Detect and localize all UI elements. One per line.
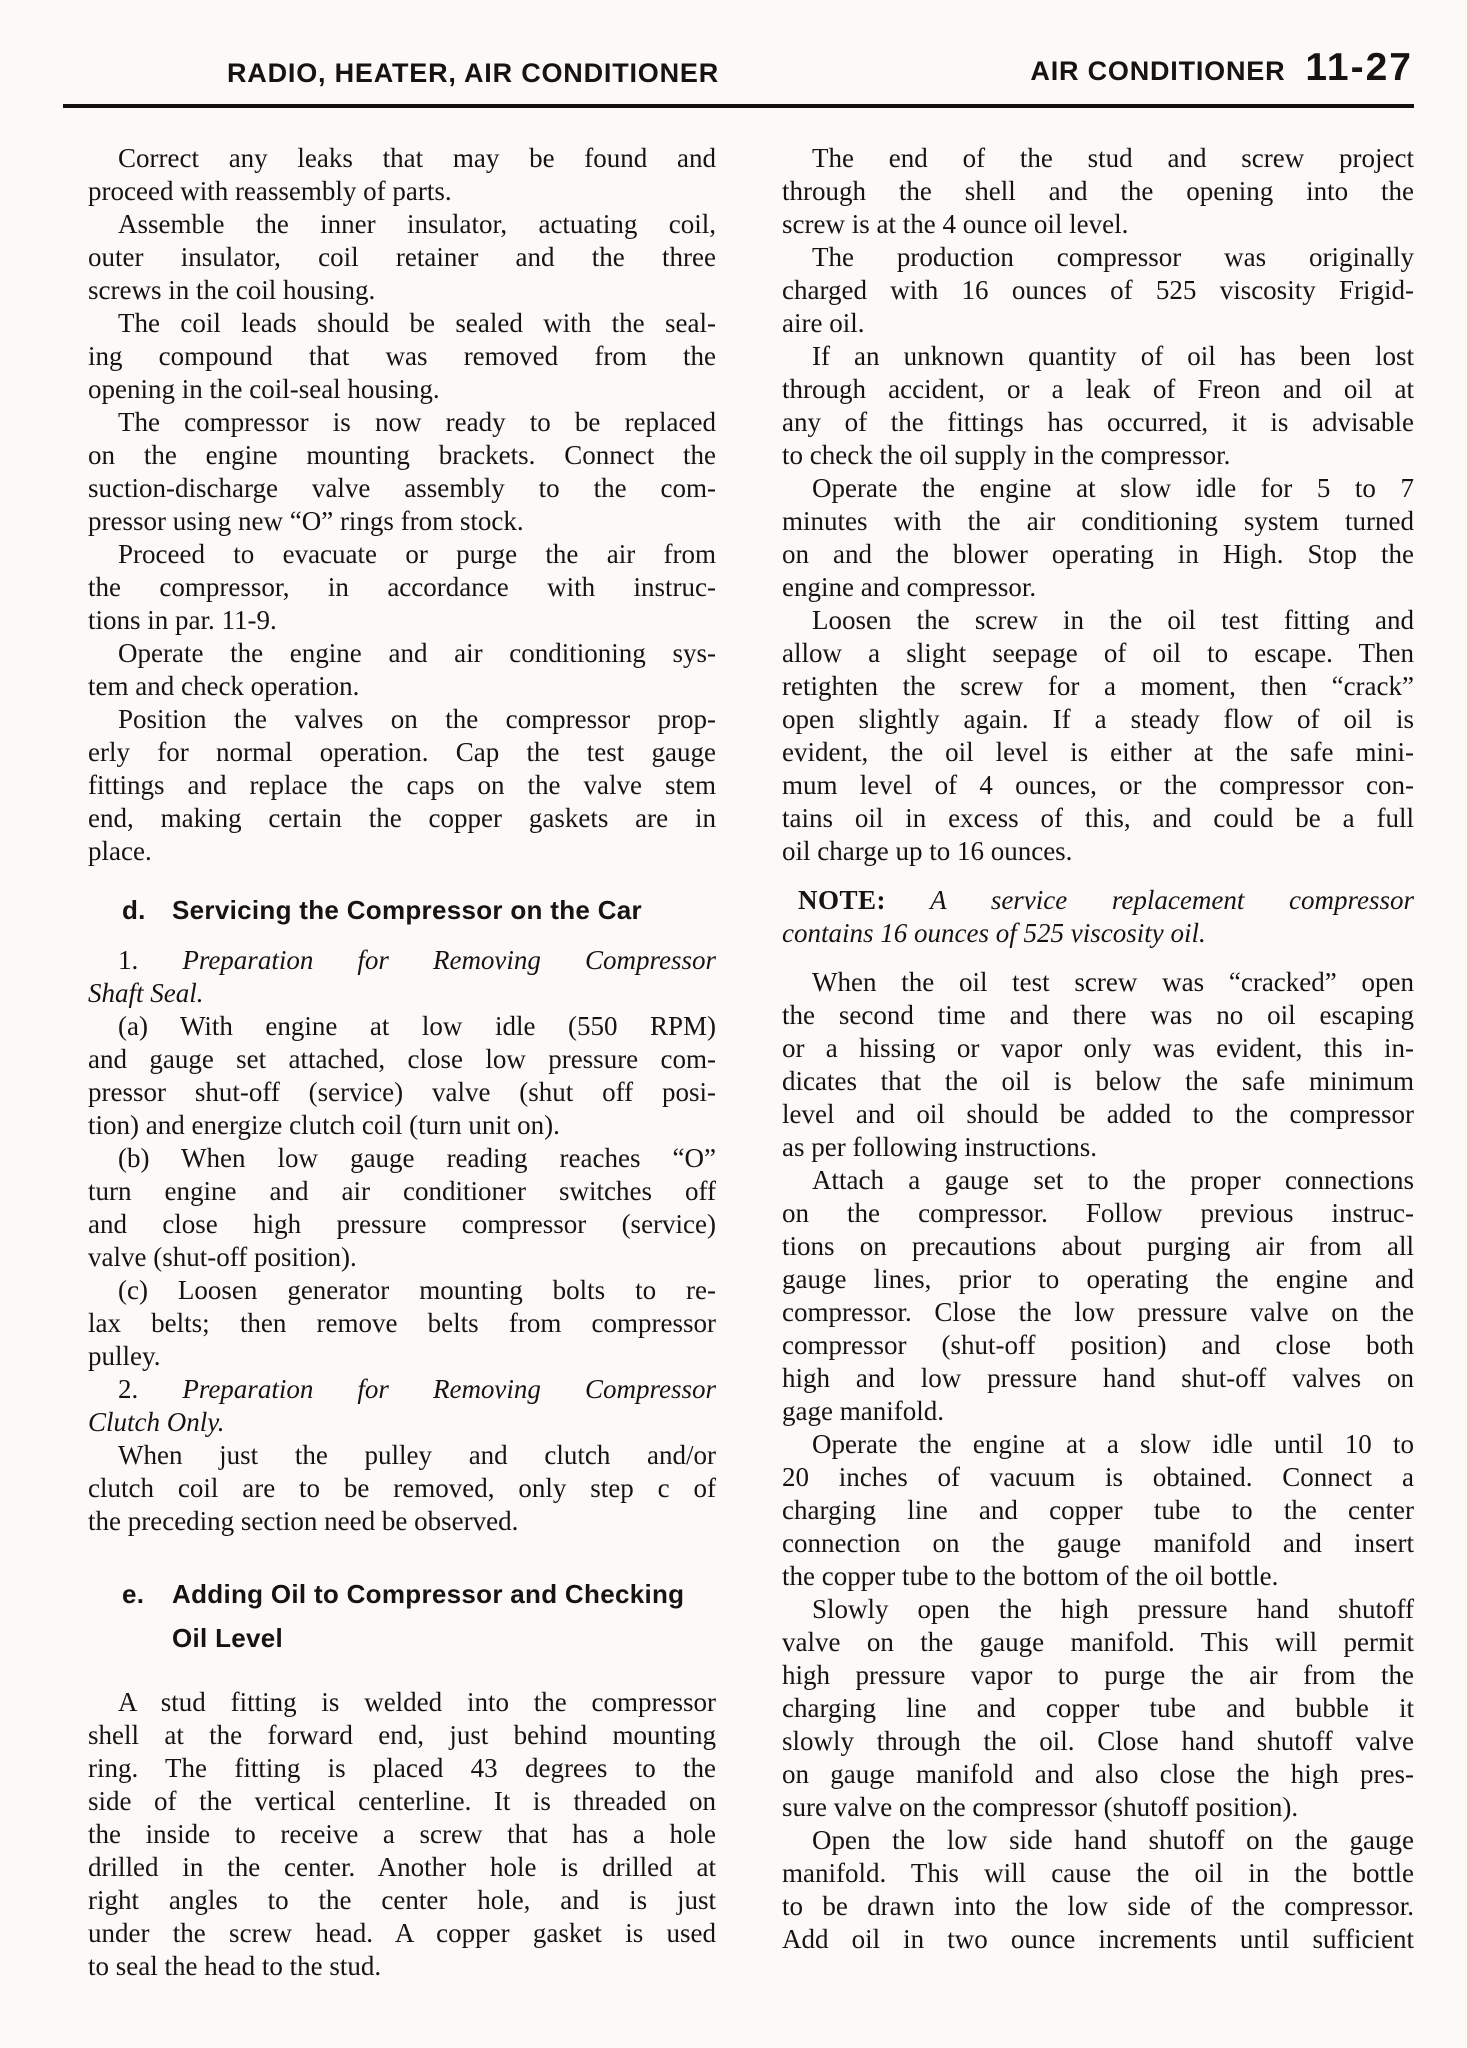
heading-line: Servicing the Compressor on the Car <box>172 888 716 932</box>
text-line: tion) and energize clutch coil (turn uni… <box>88 1109 716 1142</box>
paragraph: When just the pulley and clutch and/orcl… <box>88 1439 716 1538</box>
text-line: compressor (shut-off position) and close… <box>782 1329 1414 1362</box>
text-line: to be drawn into the low side of the com… <box>782 1890 1414 1923</box>
text-line: as per following instructions. <box>782 1131 1414 1164</box>
text-line: on the compressor. Follow previous instr… <box>782 1197 1414 1230</box>
header-right-title: AIR CONDITIONER <box>1030 56 1285 87</box>
text-line: or a hissing or vapor only was evident, … <box>782 1032 1414 1065</box>
text-line: pressor shut-off (service) valve (shut o… <box>88 1076 716 1109</box>
paragraph: Attach a gauge set to the proper connect… <box>782 1164 1414 1428</box>
text-line: level and oil should be added to the com… <box>782 1098 1414 1131</box>
text-line: compressor. Close the low pressure valve… <box>782 1296 1414 1329</box>
text-line: evident, the oil level is either at the … <box>782 736 1414 769</box>
paragraph: When the oil test screw was “cracked” op… <box>782 966 1414 1164</box>
paragraph: (c) Loosen generator mounting bolts to r… <box>88 1274 716 1373</box>
text-line: suction-discharge valve assembly to the … <box>88 472 716 505</box>
text-line: Open the low side hand shutoff on the ga… <box>782 1824 1414 1857</box>
text-line: proceed with reassembly of parts. <box>88 175 716 208</box>
text-line: 20 inches of vacuum is obtained. Connect… <box>782 1461 1414 1494</box>
text-line: 1. Preparation for Removing Compressor <box>88 944 716 977</box>
heading-marker: e. <box>122 1572 144 1616</box>
text-line: the compressor, in accordance with instr… <box>88 571 716 604</box>
subsection-heading: 2. Preparation for Removing CompressorCl… <box>88 1373 716 1439</box>
heading-line: Adding Oil to Compressor and Checking <box>172 1572 716 1616</box>
text-line: (a) With engine at low idle (550 RPM) <box>88 1010 716 1043</box>
text-line: The production compressor was originally <box>782 241 1414 274</box>
text-line: Assemble the inner insulator, actuating … <box>88 208 716 241</box>
text-line: Operate the engine at a slow idle until … <box>782 1428 1414 1461</box>
text-line: Slowly open the high pressure hand shuto… <box>782 1593 1414 1626</box>
text-line: outer insulator, coil retainer and the t… <box>88 241 716 274</box>
text-line: end, making certain the copper gaskets a… <box>88 802 716 835</box>
text-line: opening in the coil-seal housing. <box>88 373 716 406</box>
text-line: Correct any leaks that may be found and <box>88 142 716 175</box>
text-line: tions in par. 11-9. <box>88 604 716 637</box>
text-line: the inside to receive a screw that has a… <box>88 1818 716 1851</box>
text-line: screw is at the 4 ounce oil level. <box>782 208 1414 241</box>
text-line: (c) Loosen generator mounting bolts to r… <box>88 1274 716 1307</box>
text-line: open slightly again. If a steady flow of… <box>782 703 1414 736</box>
text-line: The compressor is now ready to be replac… <box>88 406 716 439</box>
text-line: minutes with the air conditioning system… <box>782 505 1414 538</box>
text-line: engine and compressor. <box>782 571 1414 604</box>
text-line: If an unknown quantity of oil has been l… <box>782 340 1414 373</box>
text-line: through accident, or a leak of Freon and… <box>782 373 1414 406</box>
text-line: slowly through the oil. Close hand shuto… <box>782 1725 1414 1758</box>
paragraph: Operate the engine at slow idle for 5 to… <box>782 472 1414 604</box>
paragraph: The compressor is now ready to be replac… <box>88 406 716 538</box>
text-line: pressor using new “O” rings from stock. <box>88 505 716 538</box>
text-line: through the shell and the opening into t… <box>782 175 1414 208</box>
paragraph: Assemble the inner insulator, actuating … <box>88 208 716 307</box>
paragraph: If an unknown quantity of oil has been l… <box>782 340 1414 472</box>
text-line: allow a slight seepage of oil to escape.… <box>782 637 1414 670</box>
paragraph: The production compressor was originally… <box>782 241 1414 340</box>
text-line: place. <box>88 835 716 868</box>
text-line: the copper tube to the bottom of the oil… <box>782 1560 1414 1593</box>
text-line: high pressure vapor to purge the air fro… <box>782 1659 1414 1692</box>
text-line: sure valve on the compressor (shutoff po… <box>782 1791 1414 1824</box>
text-line: The coil leads should be sealed with the… <box>88 307 716 340</box>
paragraph: (a) With engine at low idle (550 RPM)and… <box>88 1010 716 1142</box>
paragraph: Proceed to evacuate or purge the air fro… <box>88 538 716 637</box>
text-line: lax belts; then remove belts from compre… <box>88 1307 716 1340</box>
text-line: ing compound that was removed from the <box>88 340 716 373</box>
heading-marker: d. <box>122 888 146 932</box>
text-line: tions on precautions about purging air f… <box>782 1230 1414 1263</box>
text-line: pulley. <box>88 1340 716 1373</box>
text-line: side of the vertical centerline. It is t… <box>88 1785 716 1818</box>
page-header: RADIO, HEATER, AIR CONDITIONER AIR CONDI… <box>0 0 1467 110</box>
text-line: fittings and replace the caps on the val… <box>88 769 716 802</box>
subhead-text: Preparation for Removing Compressor <box>182 1374 716 1404</box>
text-line: the preceding section need be observed. <box>88 1505 716 1538</box>
text-line: Position the valves on the compressor pr… <box>88 703 716 736</box>
note-text: A service replacement compressor <box>930 885 1414 915</box>
text-line: charging line and copper tube and bubble… <box>782 1692 1414 1725</box>
text-line: right angles to the center hole, and is … <box>88 1884 716 1917</box>
text-line: screws in the coil housing. <box>88 274 716 307</box>
subhead-marker: 2. <box>118 1374 138 1404</box>
text-line: Attach a gauge set to the proper connect… <box>782 1164 1414 1197</box>
page-number: 11-27 <box>1305 46 1413 90</box>
text-line: retighten the screw for a moment, then “… <box>782 670 1414 703</box>
text-line: the second time and there was no oil esc… <box>782 999 1414 1032</box>
text-line: tains oil in excess of this, and could b… <box>782 802 1414 835</box>
note-prefix: NOTE: <box>798 885 886 915</box>
header-rule <box>63 104 1414 108</box>
text-line: Loosen the screw in the oil test fitting… <box>782 604 1414 637</box>
header-right: AIR CONDITIONER 11-27 <box>1030 46 1413 90</box>
text-line: dicates that the oil is below the safe m… <box>782 1065 1414 1098</box>
text-line: connection on the gauge manifold and ins… <box>782 1527 1414 1560</box>
text-line: valve on the gauge manifold. This will p… <box>782 1626 1414 1659</box>
paragraph: Position the valves on the compressor pr… <box>88 703 716 868</box>
text-line: The end of the stud and screw project <box>782 142 1414 175</box>
text-line: NOTE: A service replacement compressor <box>782 884 1414 917</box>
manual-page: RADIO, HEATER, AIR CONDITIONER AIR CONDI… <box>0 0 1467 2048</box>
text-line: erly for normal operation. Cap the test … <box>88 736 716 769</box>
text-line: (b) When low gauge reading reaches “O” <box>88 1142 716 1175</box>
text-line: on the engine mounting brackets. Connect… <box>88 439 716 472</box>
paragraph: The coil leads should be sealed with the… <box>88 307 716 406</box>
paragraph: (b) When low gauge reading reaches “O”tu… <box>88 1142 716 1274</box>
text-line: charging line and copper tube to the cen… <box>782 1494 1414 1527</box>
text-line: Add oil in two ounce increments until su… <box>782 1923 1414 1956</box>
text-columns: Correct any leaks that may be found andp… <box>0 142 1467 1983</box>
section-heading: d.Servicing the Compressor on the Car <box>88 888 716 932</box>
text-line: gage manifold. <box>782 1395 1414 1428</box>
paragraph: Operate the engine at a slow idle until … <box>782 1428 1414 1593</box>
text-line: manifold. This will cause the oil in the… <box>782 1857 1414 1890</box>
column-right: The end of the stud and screw projectthr… <box>782 142 1414 1983</box>
text-line: aire oil. <box>782 307 1414 340</box>
column-left: Correct any leaks that may be found andp… <box>88 142 716 1983</box>
paragraph: Open the low side hand shutoff on the ga… <box>782 1824 1414 1956</box>
text-line: gauge lines, prior to operating the engi… <box>782 1263 1414 1296</box>
subhead-marker: 1. <box>118 945 138 975</box>
text-line: clutch coil are to be removed, only step… <box>88 1472 716 1505</box>
text-line: mum level of 4 ounces, or the compressor… <box>782 769 1414 802</box>
subhead-text: Preparation for Removing Compressor <box>182 945 716 975</box>
heading-line: Oil Level <box>172 1616 716 1660</box>
text-line: charged with 16 ounces of 525 viscosity … <box>782 274 1414 307</box>
text-line: Clutch Only. <box>88 1406 716 1439</box>
text-line: Operate the engine at slow idle for 5 to… <box>782 472 1414 505</box>
text-line: high and low pressure hand shut-off valv… <box>782 1362 1414 1395</box>
text-line: under the screw head. A copper gasket is… <box>88 1917 716 1950</box>
text-line: When just the pulley and clutch and/or <box>88 1439 716 1472</box>
text-line: ring. The fitting is placed 43 degrees t… <box>88 1752 716 1785</box>
subsection-heading: 1. Preparation for Removing CompressorSh… <box>88 944 716 1010</box>
text-line: and gauge set attached, close low pressu… <box>88 1043 716 1076</box>
paragraph: A stud fitting is welded into the compre… <box>88 1686 716 1983</box>
text-line: turn engine and air conditioner switches… <box>88 1175 716 1208</box>
text-line: 2. Preparation for Removing Compressor <box>88 1373 716 1406</box>
text-line: valve (shut-off position). <box>88 1241 716 1274</box>
text-line: on and the blower operating in High. Sto… <box>782 538 1414 571</box>
text-line: to seal the head to the stud. <box>88 1950 716 1983</box>
text-line: When the oil test screw was “cracked” op… <box>782 966 1414 999</box>
text-line: oil charge up to 16 ounces. <box>782 835 1414 868</box>
paragraph: Loosen the screw in the oil test fitting… <box>782 604 1414 868</box>
text-line: shell at the forward end, just behind mo… <box>88 1719 716 1752</box>
text-line: and close high pressure compressor (serv… <box>88 1208 716 1241</box>
note: NOTE: A service replacement compressorco… <box>782 884 1414 950</box>
paragraph: The end of the stud and screw projectthr… <box>782 142 1414 241</box>
text-line: on gauge manifold and also close the hig… <box>782 1758 1414 1791</box>
text-line: Proceed to evacuate or purge the air fro… <box>88 538 716 571</box>
text-line: tem and check operation. <box>88 670 716 703</box>
section-heading: e.Adding Oil to Compressor and CheckingO… <box>88 1572 716 1660</box>
text-line: Operate the engine and air conditioning … <box>88 637 716 670</box>
text-line: drilled in the center. Another hole is d… <box>88 1851 716 1884</box>
text-line: any of the fittings has occurred, it is … <box>782 406 1414 439</box>
text-line: Shaft Seal. <box>88 977 716 1010</box>
text-line: contains 16 ounces of 525 viscosity oil. <box>782 917 1414 950</box>
text-line: to check the oil supply in the compresso… <box>782 439 1414 472</box>
text-line: A stud fitting is welded into the compre… <box>88 1686 716 1719</box>
paragraph: Slowly open the high pressure hand shuto… <box>782 1593 1414 1824</box>
paragraph: Operate the engine and air conditioning … <box>88 637 716 703</box>
paragraph: Correct any leaks that may be found andp… <box>88 142 716 208</box>
header-left-title: RADIO, HEATER, AIR CONDITIONER <box>227 58 719 89</box>
